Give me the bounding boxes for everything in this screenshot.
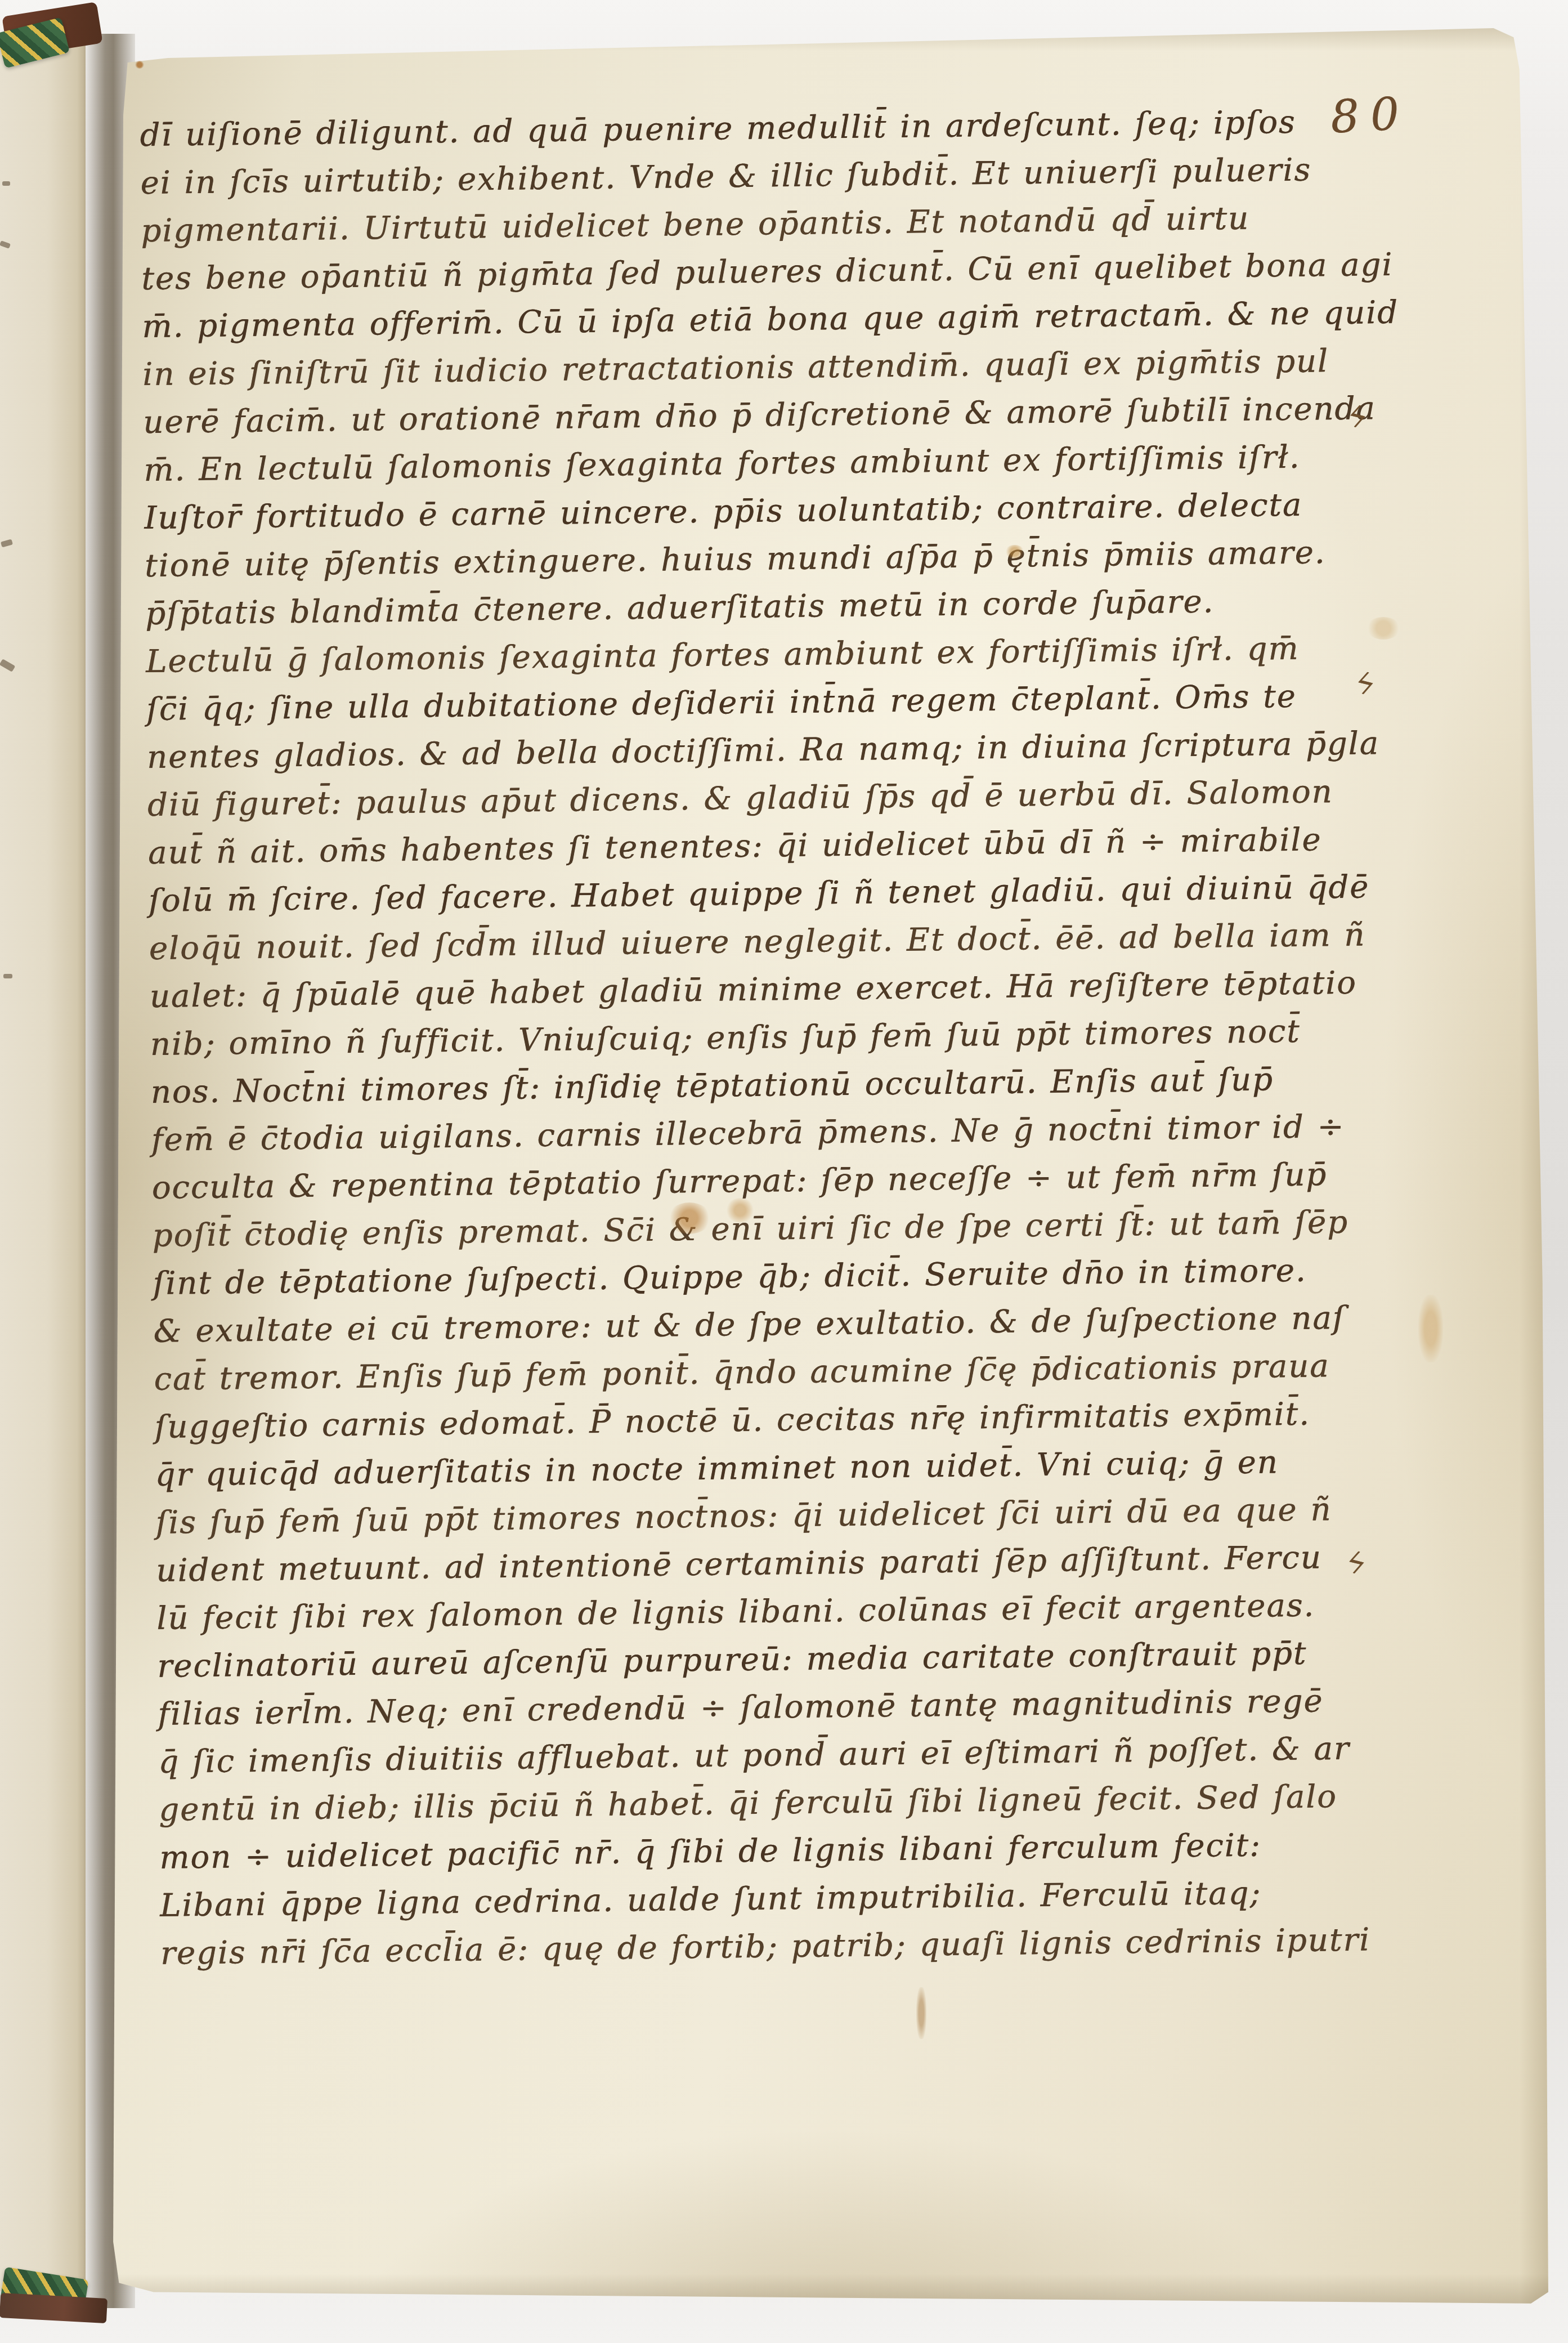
facing-page-ink-trace (3, 974, 12, 978)
facing-page-ink-trace (0, 240, 11, 249)
facing-page-ink-trace (0, 659, 15, 672)
facing-page-ink-trace (2, 181, 10, 186)
text-block: dī uiſionē diligunt. ad quā puenire medu… (140, 97, 1415, 1978)
facing-page-edge (0, 44, 86, 2291)
facing-page-ink-trace (1, 539, 13, 548)
spine-leather-bottom (0, 2293, 107, 2323)
manuscript-photo: 80 dī uiſionē diligunt. ad quā puenire m… (0, 0, 1568, 2343)
